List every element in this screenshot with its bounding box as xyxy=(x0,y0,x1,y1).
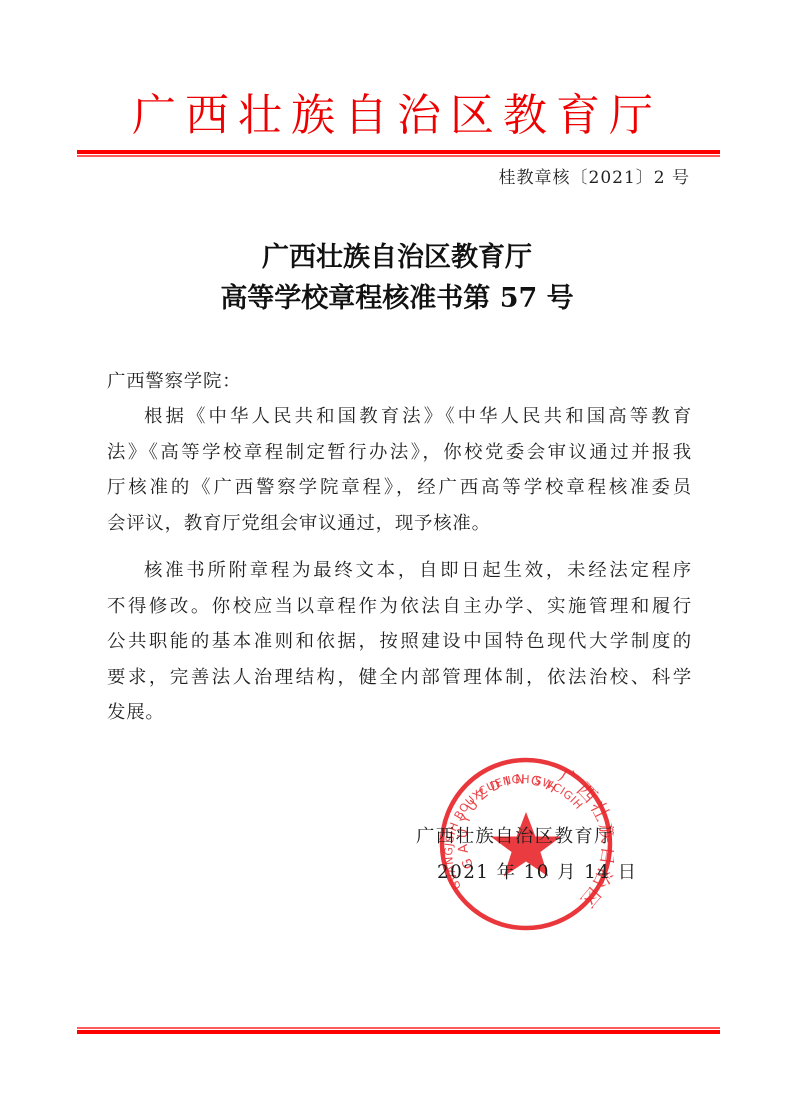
document-page: 广西壮族自治区教育厅 桂教章核〔2021〕2 号 广西壮族自治区教育厅 高等学校… xyxy=(0,0,794,1108)
document-title-line1: 广西壮族自治区教育厅 xyxy=(0,240,794,276)
signature-date: 2021 年 10 月 14 日 xyxy=(437,860,637,886)
paragraph-line: 公共职能的基本准则和依据，按照建设中国特色现代大学制度的 xyxy=(107,624,692,660)
paragraph-line: 厅核准的《广西警察学院章程》，经广西高等学校章程核准委员 xyxy=(107,470,692,506)
svg-text:GAUYUZDINGH: GAUYUZDINGH xyxy=(455,773,563,871)
paragraph-line: 核准书所附章程为最终文本，自即日起生效，未经法定程序 xyxy=(107,553,692,589)
paragraph-line: 根据《中华人民共和国教育法》《中华人民共和国高等教育 xyxy=(107,399,692,435)
paragraph-line: 会评议，教育厅党组会审议通过，现予核准。 xyxy=(107,506,692,542)
header-rule-thick xyxy=(77,150,720,154)
paragraph-line: 发展。 xyxy=(107,695,692,731)
paragraph-effect-requirements: 核准书所附章程为最终文本，自即日起生效，未经法定程序 不得修改。你校应当以章程作… xyxy=(107,553,692,731)
salutation: 广西警察学院： xyxy=(107,364,692,400)
paragraph-approval-basis: 根据《中华人民共和国教育法》《中华人民共和国高等教育 法》《高等学校章程制定暂行… xyxy=(107,399,692,541)
paragraph-line: 要求，完善法人治理结构，健全内部管理体制，依法治校、科学 xyxy=(107,660,692,696)
masthead-title: 广西壮族自治区教育厅 xyxy=(0,88,794,144)
footer-rule-thick xyxy=(77,1030,720,1034)
document-title-line2: 高等学校章程核准书第 57 号 xyxy=(0,281,794,317)
footer-rule-thin xyxy=(77,1027,720,1029)
header-rule-thin xyxy=(77,155,720,157)
signature-organization: 广西壮族自治区教育厅 xyxy=(416,824,614,850)
document-number: 桂教章核〔2021〕2 号 xyxy=(499,166,690,190)
paragraph-line: 法》《高等学校章程制定暂行办法》，你校党委会审议通过并报我 xyxy=(107,435,692,471)
paragraph-line: 不得修改。你校应当以章程作为依法自主办学、实施管理和履行 xyxy=(107,589,692,625)
